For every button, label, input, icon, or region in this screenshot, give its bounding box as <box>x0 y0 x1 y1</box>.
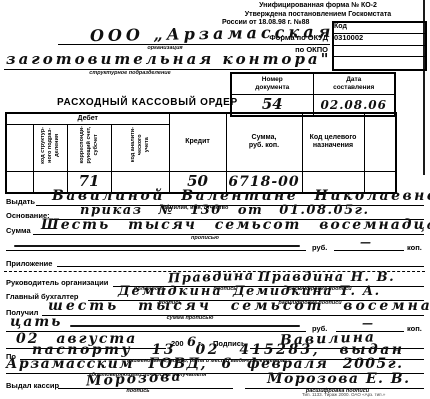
document-title: РАСХОДНЫЙ КАССОВЫЙ ОРДЕР <box>57 97 238 108</box>
purpose-code-header-cell: Код целевого назначения <box>302 113 364 171</box>
cashier-label: Выдал кассир <box>6 381 59 390</box>
corr-account-header: корреспонди- рующий счет, субсчет <box>67 124 111 171</box>
cashier-signature: Морозова <box>86 368 183 389</box>
amount-kop-line: — <box>334 238 404 251</box>
cashier-name-line: Морозова Е. В. <box>245 368 424 389</box>
extra-narrow-header-cell <box>364 113 396 171</box>
amount-label: Сумма <box>6 226 31 235</box>
cash-expense-order-document: Унифицированная форма № КО-2 Утверждена … <box>0 0 430 399</box>
received-kop-label: коп. <box>407 324 422 333</box>
received-value-1: шесть тысяч семьсот восемнад- <box>48 298 430 314</box>
print-footer: Тип. 1133. Тираж 2000. ОАО «Арз. тип.» <box>302 392 385 397</box>
sum-header-cell: Сумма, руб. коп. <box>226 113 302 171</box>
received-kop-dash: — <box>362 317 373 330</box>
debit-header-cell: Дебет <box>6 113 169 124</box>
approval-line-2: Утверждена постановлением Госкомстата <box>208 11 428 20</box>
approval-line-1: Унифицированная форма № КО-2 <box>208 2 428 11</box>
doc-info-table: Номер документа Дата составления 54 02.0… <box>230 72 396 117</box>
organization-value: ООО „Арзамасская <box>90 22 335 45</box>
subdivision-value: заготовительная контора" <box>6 50 331 68</box>
doc-number-header: Номер документа <box>231 73 313 94</box>
received-value-2: цать <box>10 314 62 330</box>
amount-value: Шесть тысяч семьсот восемнадцать <box>41 217 430 233</box>
attachment-label: Приложение <box>6 259 52 268</box>
organization-line: ООО „Арзамасская <box>58 24 330 45</box>
received-dash-stroke <box>70 325 300 327</box>
doc-date-header: Дата составления <box>313 73 395 94</box>
kop-dash: — <box>360 236 371 249</box>
okud-code-value: 0310002 <box>334 34 425 46</box>
empty-value-cell-1 <box>6 171 33 193</box>
kop-label: коп. <box>407 243 422 252</box>
received-line-1: шесть тысяч семьсот восемнад- <box>42 295 424 316</box>
empty-code-cell <box>334 57 425 69</box>
cashier-sign-sublabel: подпись <box>108 388 168 394</box>
okud-code-box: Код 0310002 <box>332 21 427 71</box>
rub-label: руб. <box>312 243 327 252</box>
issue-to-label: Выдать <box>6 197 35 206</box>
credit-header-cell: Кредит <box>169 113 226 171</box>
cashier-name: Морозова Е. В. <box>267 371 411 387</box>
empty-debit-subcell <box>6 124 33 171</box>
amount-line: Шесть тысяч семьсот восемнадцать <box>33 213 424 235</box>
accounting-table: Дебет Кредит Сумма, руб. коп. Код целево… <box>5 112 397 194</box>
attachment-line <box>57 252 424 267</box>
analytic-code-header: код аналити- ческого учета <box>111 124 169 171</box>
cashier-signature-line: Морозова <box>58 368 233 389</box>
rub-dash-stroke <box>14 245 300 247</box>
subdivision-line: заготовительная контора" <box>4 48 310 70</box>
struct-code-header: код структур- ного подраз- деления <box>33 124 67 171</box>
subdivision-label: структурное подразделение <box>35 70 225 76</box>
okpo-code-cell-empty <box>334 46 425 57</box>
